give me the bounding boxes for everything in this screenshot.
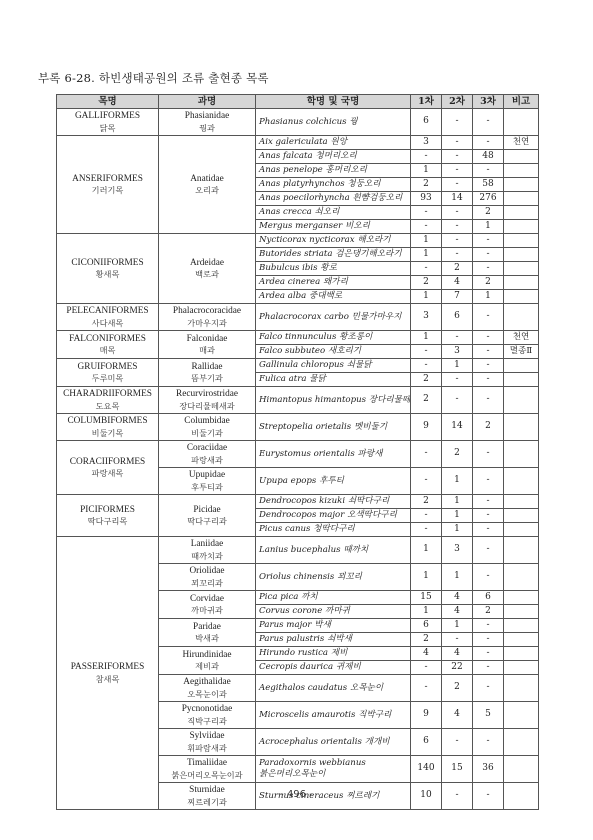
table-row: FALCONIFORMES매목Falconidae매과Falco tinnunc… [57,331,539,345]
note-cell [504,647,539,661]
table-row: PELECANIFORMES사다새목Phalacrocoracidae가마우지과… [57,304,539,331]
note-cell [504,619,539,633]
note-cell [504,441,539,468]
survey-1-count: 3 [411,304,442,331]
korean-name: 까치 [301,592,318,602]
survey-1-count: 1 [411,331,442,345]
scientific-name: Lanius bucephalus [259,545,341,555]
family-cell-latin: Coraciidae [187,443,227,453]
family-cell-korean: 백로과 [161,269,253,279]
order-cell-korean: 매목 [59,345,156,355]
species-cell: Parus palustris 쇠박새 [256,633,411,647]
species-cell: Streptopelia orietalis 멧비둘기 [256,414,411,441]
family-cell: Phasianidae꿩과 [159,109,256,136]
survey-2-count: 4 [442,276,473,290]
species-cell: Gallinula chloropus 쇠물닭 [256,359,411,373]
species-cell: Anas falcata 청머리오리 [256,150,411,164]
survey-2-count: - [442,206,473,220]
korean-name: 제비 [331,648,348,658]
family-cell-korean: 후투티과 [161,482,253,492]
order-cell: CHARADRIIFORMES도요목 [57,387,159,414]
survey-3-count: 6 [473,591,504,605]
survey-3-count: 5 [473,702,504,729]
scientific-name: Phasianus colchicus [259,117,347,127]
family-cell: Upupidae후투티과 [159,468,256,495]
family-cell-latin: Oriolidae [189,566,224,576]
survey-2-count: 1 [442,564,473,591]
scientific-name: Upupa epops [259,476,316,486]
table-row: CHARADRIIFORMES도요목Recurvirostridae장다리물떼새… [57,387,539,414]
survey-2-count: 1 [442,523,473,537]
survey-3-count: - [473,373,504,387]
scientific-name: Streptopelia orietalis [259,422,351,432]
species-cell: Nycticorax nycticorax 해오라기 [256,234,411,248]
species-cell: Himantopus himantopus 장다리물떼새 [256,387,411,414]
species-cell: Cecropis daurica 귀제비 [256,661,411,675]
survey-1-count: 1 [411,234,442,248]
korean-name: 오색딱다구리 [347,510,397,520]
survey-3-count: - [473,248,504,262]
family-cell: Anatidae오리과 [159,136,256,234]
species-cell: Pica pica 까치 [256,591,411,605]
scientific-name: Aix galericulata [259,137,328,147]
survey-1-count: - [411,359,442,373]
family-cell-latin: Recurvirostridae [176,389,238,399]
survey-1-count: 1 [411,564,442,591]
scientific-name: Microscelis amaurotis [259,710,355,720]
survey-3-count: - [473,647,504,661]
family-cell: Columbidae비둘기과 [159,414,256,441]
note-cell [504,523,539,537]
table-header-row: 목명 과명 학명 및 국명 1차 2차 3차 비고 [57,95,539,109]
survey-2-count: 1 [442,359,473,373]
korean-name: 까마귀 [325,606,350,616]
note-cell [504,192,539,206]
header-family: 과명 [159,95,256,109]
survey-2-count: - [442,234,473,248]
scientific-name: Eurystomus orientalis [259,449,355,459]
family-cell-korean: 가마우지과 [161,318,253,328]
species-cell: Falco tinnunculus 황조롱이 [256,331,411,345]
survey-3-count: 2 [473,276,504,290]
korean-name: 붉은머리오목눈이 [259,769,325,779]
species-cell: Ardea alba 중대백로 [256,290,411,304]
survey-3-count: - [473,109,504,136]
table-row: ANSERIFORMES기러기목Anatidae오리과Aix galericul… [57,136,539,150]
scientific-name: Anas falcata [259,151,313,161]
table-row: PASSERIFORMES참새목Laniidae때까치과Lanius bucep… [57,537,539,564]
survey-1-count: - [411,345,442,359]
scientific-name: Pica pica [259,592,298,602]
korean-name: 물닭 [309,374,326,384]
scientific-name: Acrocephalus orientalis [259,737,362,747]
survey-3-count: - [473,331,504,345]
family-cell-latin: Phasianidae [185,111,229,121]
scientific-name: Gallinula chloropus [259,360,344,370]
survey-2-count: - [442,109,473,136]
species-cell: Microscelis amaurotis 직박구리 [256,702,411,729]
korean-name: 장다리물떼새 [369,395,411,405]
note-cell [504,591,539,605]
korean-name: 때까치 [343,545,368,555]
korean-name: 귀제비 [336,662,361,672]
order-cell: ANSERIFORMES기러기목 [57,136,159,234]
note-cell [504,468,539,495]
note-cell [504,675,539,702]
korean-name: 쇠오리 [315,207,340,217]
survey-2-count: - [442,729,473,756]
scientific-name: Hirundo rustica [259,648,328,658]
scientific-name: Paradoxornis webbianus [259,758,366,768]
family-cell: Oriolidae꾀꼬리과 [159,564,256,591]
order-cell-latin: COLUMBIFORMES [67,416,147,426]
survey-2-count: 2 [442,675,473,702]
order-cell-korean: 두루미목 [59,373,156,383]
species-cell: Falco subbuteo 새호리기 [256,345,411,359]
survey-1-count: - [411,220,442,234]
survey-2-count: 14 [442,414,473,441]
survey-2-count: - [442,136,473,150]
survey-1-count: 1 [411,290,442,304]
table-row: CICONIIFORMES황새목Ardeidae백로과Nycticorax ny… [57,234,539,248]
family-cell: Aegithalidae오목눈이과 [159,675,256,702]
survey-2-count: - [442,387,473,414]
family-cell-korean: 매과 [161,345,253,355]
note-cell [504,150,539,164]
korean-name: 박새 [314,620,331,630]
survey-2-count: 2 [442,441,473,468]
species-cell: Anas crecca 쇠오리 [256,206,411,220]
note-cell [504,359,539,373]
note-cell [504,178,539,192]
survey-2-count: 4 [442,591,473,605]
order-cell-korean: 비둘기목 [59,428,156,438]
scientific-name: Aegithalos caudatus [259,683,347,693]
order-cell-korean: 닭목 [59,123,156,133]
korean-name: 꿩 [349,117,357,127]
survey-3-count: 58 [473,178,504,192]
note-cell [504,373,539,387]
survey-2-count: - [442,164,473,178]
survey-2-count: 3 [442,537,473,564]
family-cell-korean: 꿩과 [161,123,253,133]
species-cell: Phalacrocorax carbo 민물가마우지 [256,304,411,331]
order-cell-latin: CICONIIFORMES [71,258,143,268]
species-cell: Mergus merganser 비오리 [256,220,411,234]
survey-3-count: 36 [473,756,504,783]
survey-3-count: - [473,234,504,248]
note-cell: 천연 [504,136,539,150]
family-cell-korean: 직박구리과 [161,716,253,726]
survey-1-count: 6 [411,619,442,633]
species-cell: Lanius bucephalus 때까치 [256,537,411,564]
survey-3-count: - [473,345,504,359]
survey-1-count: 2 [411,387,442,414]
survey-3-count: - [473,441,504,468]
scientific-name: Himantopus himantopus [259,395,366,405]
species-cell: Upupa epops 후투티 [256,468,411,495]
korean-name: 민물가마우지 [352,312,402,322]
scientific-name: Anas crecca [259,207,312,217]
korean-name: 청딱다구리 [313,524,355,534]
survey-2-count: 1 [442,619,473,633]
order-cell-korean: 딱다구리목 [59,516,156,526]
header-survey-2: 2차 [442,95,473,109]
order-cell-latin: PASSERIFORMES [71,662,145,672]
species-cell: Butorides striata 검은댕기해오라기 [256,248,411,262]
note-cell [504,661,539,675]
family-cell: Recurvirostridae장다리물떼새과 [159,387,256,414]
order-cell-korean: 기러기목 [59,185,156,195]
survey-1-count: 6 [411,109,442,136]
note-cell [504,290,539,304]
korean-name: 후투티 [319,476,344,486]
scientific-name: Parus palustris [259,634,324,644]
family-cell-korean: 오리과 [161,185,253,195]
family-cell: Corvidae까마귀과 [159,591,256,619]
family-cell-latin: Picidae [193,505,220,515]
species-cell: Ardea cinerea 왜가리 [256,276,411,290]
family-cell-korean: 제비과 [161,661,253,671]
note-cell [504,633,539,647]
scientific-name: Corvus corone [259,606,322,616]
family-cell: Falconidae매과 [159,331,256,359]
family-cell-latin: Hirundinidae [182,650,231,660]
survey-3-count: - [473,509,504,523]
note-cell [504,304,539,331]
survey-2-count: - [442,150,473,164]
korean-name: 파랑새 [358,449,383,459]
note-cell [504,220,539,234]
species-cell: Picus canus 청딱다구리 [256,523,411,537]
species-cell: Anas poecilorhyncha 흰뺨검둥오리 [256,192,411,206]
note-cell [504,537,539,564]
order-cell-latin: GRUIFORMES [78,362,138,372]
survey-1-count: 140 [411,756,442,783]
note-cell [504,495,539,509]
family-cell-korean: 오목눈이과 [161,689,253,699]
table-row: PICIFORMES딱다구리목Picidae딱다구리과Dendrocopos k… [57,495,539,509]
survey-1-count: 93 [411,192,442,206]
note-cell [504,729,539,756]
korean-name: 쇠박새 [327,634,352,644]
korean-name: 청머리오리 [315,151,357,161]
species-cell: Anas platyrhynchos 청둥오리 [256,178,411,192]
survey-2-count: 7 [442,290,473,304]
survey-3-count: 1 [473,220,504,234]
survey-1-count: 9 [411,414,442,441]
order-cell: CICONIIFORMES황새목 [57,234,159,304]
order-cell-latin: PELECANIFORMES [66,306,148,316]
family-cell: Timaliidae붉은머리오목눈이과 [159,756,256,783]
family-cell: Pycnonotidae직박구리과 [159,702,256,729]
survey-1-count: - [411,675,442,702]
survey-1-count: 2 [411,495,442,509]
header-survey-3: 3차 [473,95,504,109]
survey-2-count: 22 [442,661,473,675]
note-cell [504,414,539,441]
note-cell [504,234,539,248]
korean-name: 쇠딱다구리 [348,496,390,506]
family-cell-latin: Corvidae [190,594,224,604]
order-cell: COLUMBIFORMES비둘기목 [57,414,159,441]
order-cell: PELECANIFORMES사다새목 [57,304,159,331]
header-survey-1: 1차 [411,95,442,109]
survey-3-count: - [473,387,504,414]
order-cell-korean: 황새목 [59,269,156,279]
note-cell [504,276,539,290]
family-cell-korean: 휘파람새과 [161,743,253,753]
family-cell: Hirundinidae제비과 [159,647,256,675]
survey-1-count: 15 [411,591,442,605]
survey-2-count: 2 [442,262,473,276]
family-cell-latin: Columbidae [184,416,229,426]
header-order: 목명 [57,95,159,109]
family-cell-latin: Rallidae [192,362,223,372]
table-caption: 부록 6-28. 하빈생태공원의 조류 출현종 목록 [38,70,269,86]
survey-2-count: 1 [442,468,473,495]
korean-name: 중대백로 [309,291,342,301]
family-cell-korean: 때까치과 [161,551,253,561]
family-cell-latin: Phalacrocoracidae [173,306,241,316]
table-row: COLUMBIFORMES비둘기목Columbidae비둘기과Streptope… [57,414,539,441]
survey-1-count: 2 [411,633,442,647]
survey-3-count: 276 [473,192,504,206]
bird-species-table: 목명 과명 학명 및 국명 1차 2차 3차 비고 GALLIFORMES닭목P… [56,94,539,810]
korean-name: 왜가리 [323,277,348,287]
survey-2-count: 15 [442,756,473,783]
family-cell-latin: Pycnonotidae [182,704,233,714]
order-cell: FALCONIFORMES매목 [57,331,159,359]
survey-3-count: - [473,729,504,756]
species-cell: Bubulcus ibis 황로 [256,262,411,276]
family-cell: Coraciidae파랑새과 [159,441,256,468]
table-row: GRUIFORMES두루미목Rallidae뜸부기과Gallinula chlo… [57,359,539,373]
order-cell-latin: CORACIIFORMES [70,457,145,467]
survey-3-count: - [473,661,504,675]
species-cell: Fulica atra 물닭 [256,373,411,387]
survey-3-count: - [473,633,504,647]
table-row: GALLIFORMES닭목Phasianidae꿩과Phasianus colc… [57,109,539,136]
survey-3-count: 48 [473,150,504,164]
survey-2-count: 1 [442,509,473,523]
scientific-name: Anas platyrhynchos [259,179,345,189]
family-cell-latin: Ardeidae [190,258,224,268]
species-cell: Dendrocopos kizuki 쇠딱다구리 [256,495,411,509]
family-cell-latin: Sylviidae [189,731,224,741]
survey-1-count: 2 [411,373,442,387]
order-cell-latin: PICIFORMES [80,505,135,515]
order-cell: PICIFORMES딱다구리목 [57,495,159,537]
survey-2-count: - [442,248,473,262]
korean-name: 오목눈이 [350,683,383,693]
species-cell: Corvus corone 까마귀 [256,605,411,619]
survey-3-count: - [473,136,504,150]
survey-1-count: - [411,441,442,468]
survey-2-count: - [442,178,473,192]
survey-1-count: - [411,661,442,675]
scientific-name: Oriolus chinensis [259,572,334,582]
survey-2-count: 1 [442,495,473,509]
korean-name: 멧비둘기 [354,422,387,432]
order-cell: GRUIFORMES두루미목 [57,359,159,387]
family-cell-latin: Anatidae [190,174,224,184]
survey-1-count: 4 [411,647,442,661]
survey-3-count: - [473,468,504,495]
species-cell: Oriolus chinensis 꾀꼬리 [256,564,411,591]
species-cell: Aix galericulata 원앙 [256,136,411,150]
family-cell-korean: 장다리물떼새과 [161,401,253,411]
note-cell [504,756,539,783]
family-cell-korean: 파랑새과 [161,455,253,465]
scientific-name: Nycticorax nycticorax [259,235,355,245]
note-cell [504,248,539,262]
species-cell: Parus major 박새 [256,619,411,633]
survey-1-count: - [411,509,442,523]
header-note: 비고 [504,95,539,109]
survey-2-count: - [442,373,473,387]
survey-1-count: - [411,523,442,537]
scientific-name: Phalacrocorax carbo [259,312,349,322]
order-cell-korean: 파랑새목 [59,468,156,478]
survey-1-count: 1 [411,537,442,564]
note-cell [504,262,539,276]
survey-3-count: 2 [473,206,504,220]
survey-2-count: - [442,331,473,345]
order-cell: CORACIIFORMES파랑새목 [57,441,159,495]
survey-3-count: 2 [473,605,504,619]
survey-1-count: - [411,468,442,495]
note-cell [504,702,539,729]
family-cell-korean: 붉은머리오목눈이과 [161,770,253,780]
family-cell-korean: 뜸부기과 [161,373,253,383]
survey-1-count: 2 [411,178,442,192]
survey-2-count: 4 [442,605,473,619]
order-cell-latin: ANSERIFORMES [72,174,143,184]
survey-2-count: 14 [442,192,473,206]
species-cell: Hirundo rustica 제비 [256,647,411,661]
note-cell: 멸종Ⅱ [504,345,539,359]
korean-name: 청둥오리 [347,179,380,189]
species-cell: Phasianus colchicus 꿩 [256,109,411,136]
scientific-name: Dendrocopos major [259,510,344,520]
survey-1-count: 3 [411,136,442,150]
scientific-name: Anas penelope [259,165,323,175]
family-cell-latin: Paridae [193,622,221,632]
survey-3-count: - [473,675,504,702]
family-cell-korean: 딱다구리과 [161,516,253,526]
species-cell: Eurystomus orientalis 파랑새 [256,441,411,468]
survey-3-count: - [473,564,504,591]
note-cell [504,109,539,136]
family-cell-latin: Timaliidae [187,758,227,768]
order-cell-korean: 도요목 [59,401,156,411]
note-cell [504,387,539,414]
korean-name: 검은댕기해오라기 [335,249,401,259]
species-cell: Aegithalos caudatus 오목눈이 [256,675,411,702]
order-cell-korean: 사다새목 [59,318,156,328]
table-row: CORACIIFORMES파랑새목Coraciidae파랑새과Eurystomu… [57,441,539,468]
survey-1-count: 1 [411,164,442,178]
species-cell: Paradoxornis webbianus붉은머리오목눈이 [256,756,411,783]
survey-3-count: 1 [473,290,504,304]
scientific-name: Falco subbuteo [259,346,325,356]
note-cell [504,509,539,523]
order-cell-latin: FALCONIFORMES [69,334,146,344]
survey-3-count: - [473,359,504,373]
survey-1-count: - [411,262,442,276]
survey-1-count: 6 [411,729,442,756]
